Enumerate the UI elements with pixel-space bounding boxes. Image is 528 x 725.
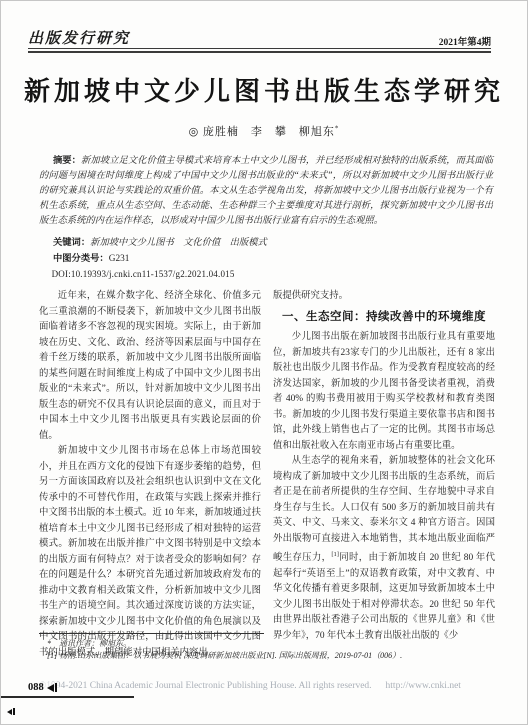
author-line: ◎ 庞胜楠 李 攀 柳旭东* [1, 123, 527, 139]
reference-note: [1] 杨刚.山东出版集团：以书展为契机 深度调研新加坡出版业[N]. 国际出版… [39, 650, 493, 662]
keywords-text: 新加坡中文少儿图书 文化价值 出版模式 [90, 238, 267, 248]
body-paragraph: 少儿图书出版在新加坡图书出版行业具有重要地位，新加坡共有23家专门的少儿出版社，… [273, 330, 495, 454]
doi: DOI:10.19393/j.cnki.cn11-1537/g2.2021.04… [39, 267, 493, 281]
body-paragraph-text: 从生态学的视角来看，新加坡整体的社会文化环境构成了新加坡中文少儿图书出版的生态系… [273, 456, 495, 563]
cnki-watermark: ©1994-2021 China Academic Journal Electr… [39, 681, 507, 691]
abstract-label: 摘要： [53, 156, 81, 166]
corner-marker-icon [7, 708, 15, 715]
right-column: 版提供研究支持。 一、生态空间：持续改善中的环境维度 少儿图书出版在新加坡图书出… [273, 289, 495, 661]
page-marker-icon [47, 683, 57, 692]
keywords: 关键词：新加坡中文少儿图书 文化价值 出版模式 [39, 236, 493, 250]
body-paragraph-text: 同时，由于新加坡自 20 世纪 80 年代起奉行“英语至上”的双语教育政策，对中… [273, 553, 495, 641]
body-paragraph: 新加坡中文少儿图书市场在总体上市场范围较小，并且在西方文化的侵蚀下有逐步萎缩的趋… [39, 444, 261, 661]
footnote-divider [39, 633, 264, 634]
clc-value: G231 [109, 254, 130, 264]
clc-label: 中图分类号： [53, 254, 109, 264]
body-paragraph: 近年来，在媒介数字化、经济全球化、价值多元化三重浪潮的不断侵袭下，新加坡中文少儿… [39, 289, 261, 444]
watermark-text: ©1994-2021 China Academic Journal Electr… [39, 681, 372, 691]
citation-mark: [1] [331, 551, 339, 558]
body-paragraph-continuation: 版提供研究支持。 [273, 289, 495, 305]
body-paragraph: 从生态学的视角来看，新加坡整体的社会文化环境构成了新加坡中文少儿图书出版的生态系… [273, 454, 495, 644]
clc-number: 中图分类号：G231 [39, 252, 493, 266]
correspondence-note: * 通讯作者：柳旭东。 [39, 638, 493, 650]
left-column: 近年来，在媒介数字化、经济全球化、价值多元化三重浪潮的不断侵袭下，新加坡中文少儿… [39, 289, 261, 661]
journal-name: 出版发行研究 [28, 27, 130, 48]
footnote-block: * 通讯作者：柳旭东。 [1] 杨刚.山东出版集团：以书展为契机 深度调研新加坡… [39, 633, 493, 661]
page-number: 088 [28, 682, 59, 693]
abstract: 摘要：新加坡立足文化价值主导模式来培育本土中文少儿图书，并已经形成相对独特的出版… [39, 154, 493, 229]
article-meta: 摘要：新加坡立足文化价值主导模式来培育本土中文少儿图书，并已经形成相对独特的出版… [39, 154, 493, 281]
author-bullet-icon: ◎ [189, 126, 200, 138]
issue-label: 2021年第4期 [439, 34, 491, 48]
corresponding-author-mark: * [335, 124, 340, 132]
journal-article-page: 出版发行研究 2021年第4期 新加坡中文少儿图书出版生态学研究 ◎ 庞胜楠 李… [0, 0, 528, 725]
page-number-divider [1, 696, 134, 698]
body-columns: 近年来，在媒介数字化、经济全球化、价值多元化三重浪潮的不断侵袭下，新加坡中文少儿… [39, 289, 493, 661]
header-divider [28, 48, 491, 53]
page-header: 出版发行研究 2021年第4期 [28, 27, 491, 48]
abstract-text: 新加坡立足文化价值主导模式来培育本土中文少儿图书，并已经形成相对独特的出版系统，… [39, 156, 493, 226]
article-title: 新加坡中文少儿图书出版生态学研究 [1, 71, 527, 108]
page-number-value: 088 [28, 682, 44, 693]
keywords-label: 关键词： [53, 238, 90, 248]
section-heading: 一、生态空间：持续改善中的环境维度 [273, 310, 495, 326]
author-names: 庞胜楠 李 攀 柳旭东 [203, 126, 335, 138]
watermark-url: http://www.cnki.net [386, 681, 461, 691]
